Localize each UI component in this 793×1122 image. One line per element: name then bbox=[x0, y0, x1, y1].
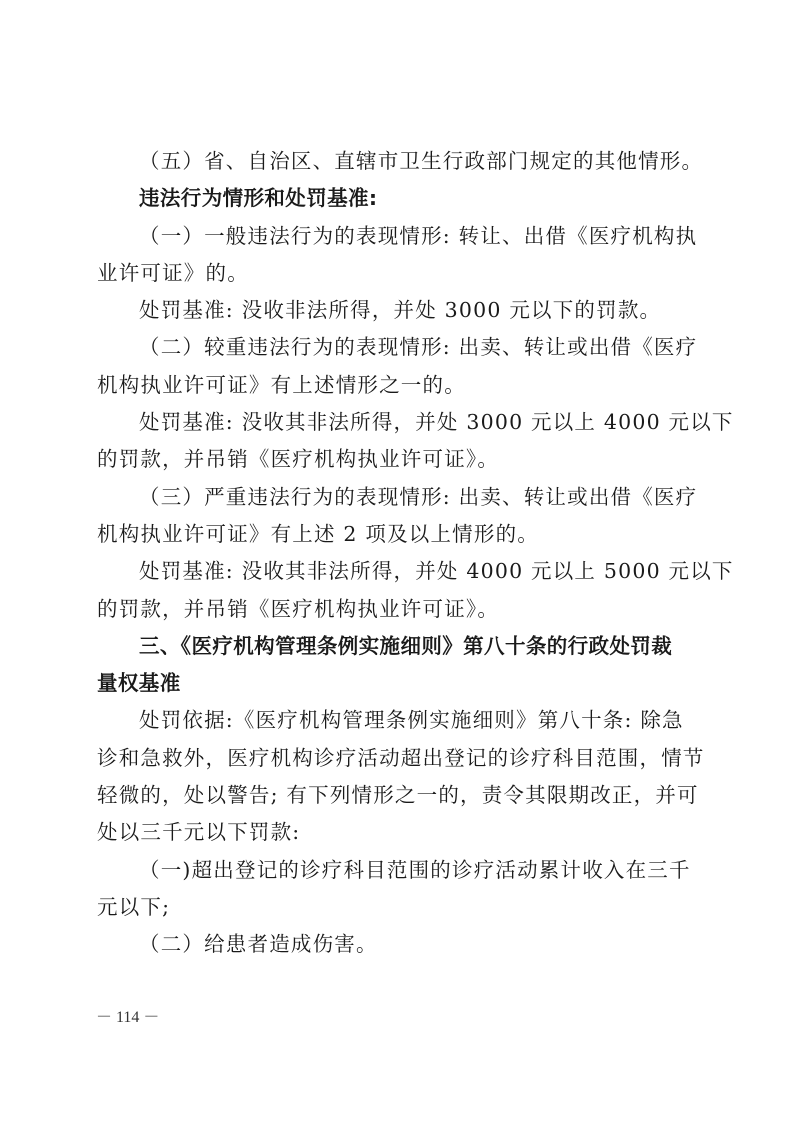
list-item-1-income-cont: 元以下; bbox=[97, 889, 703, 926]
serious-penalty-standard-cont: 的罚款，并吊销《医疗机构执业许可证》。 bbox=[97, 441, 703, 478]
general-violation-description-cont: 业许可证》的。 bbox=[97, 255, 703, 292]
serious-violation-description-cont: 机构执业许可证》有上述情形之一的。 bbox=[97, 367, 703, 404]
section-heading-violation-penalty: 违法行为情形和处罚基准: bbox=[97, 180, 703, 217]
list-item-5-other-situations: （五）省、自治区、直辖市卫生行政部门规定的其他情形。 bbox=[97, 143, 703, 180]
severe-violation-description-cont: 机构执业许可证》有上述 2 项及以上情形的。 bbox=[97, 516, 703, 553]
list-item-1-income: （一)超出登记的诊疗科目范围的诊疗活动累计收入在三千 bbox=[97, 852, 703, 889]
penalty-basis-cont-2: 轻微的，处以警告; 有下列情形之一的，责令其限期改正，并可 bbox=[97, 777, 703, 814]
severe-violation-description: （三）严重违法行为的表现情形: 出卖、转让或出借《医疗 bbox=[97, 479, 703, 516]
section-heading-article-80-cont: 量权基准 bbox=[97, 665, 703, 702]
general-violation-description: （一）一般违法行为的表现情形: 转让、出借《医疗机构执 bbox=[97, 218, 703, 255]
general-penalty-standard: 处罚基准: 没收非法所得，并处 3000 元以下的罚款。 bbox=[97, 292, 703, 329]
list-item-2-harm: （二）给患者造成伤害。 bbox=[97, 926, 703, 963]
serious-penalty-standard: 处罚基准: 没收其非法所得，并处 3000 元以上 4000 元以下 bbox=[97, 404, 703, 441]
section-heading-article-80: 三、《医疗机构管理条例实施细则》第八十条的行政处罚裁 bbox=[97, 628, 703, 665]
page-number: － 114 － bbox=[96, 1004, 159, 1027]
penalty-basis-cont-1: 诊和急救外，医疗机构诊疗活动超出登记的诊疗科目范围，情节 bbox=[97, 740, 703, 777]
penalty-basis-cont-3: 处以三千元以下罚款: bbox=[97, 814, 703, 851]
serious-violation-description: （二）较重违法行为的表现情形: 出卖、转让或出借《医疗 bbox=[97, 329, 703, 366]
document-body: （五）省、自治区、直辖市卫生行政部门规定的其他情形。 违法行为情形和处罚基准: … bbox=[97, 143, 703, 964]
severe-penalty-standard-cont: 的罚款，并吊销《医疗机构执业许可证》。 bbox=[97, 591, 703, 628]
severe-penalty-standard: 处罚基准: 没收其非法所得，并处 4000 元以上 5000 元以下 bbox=[97, 553, 703, 590]
penalty-basis: 处罚依据:《医疗机构管理条例实施细则》第八十条: 除急 bbox=[97, 702, 703, 739]
